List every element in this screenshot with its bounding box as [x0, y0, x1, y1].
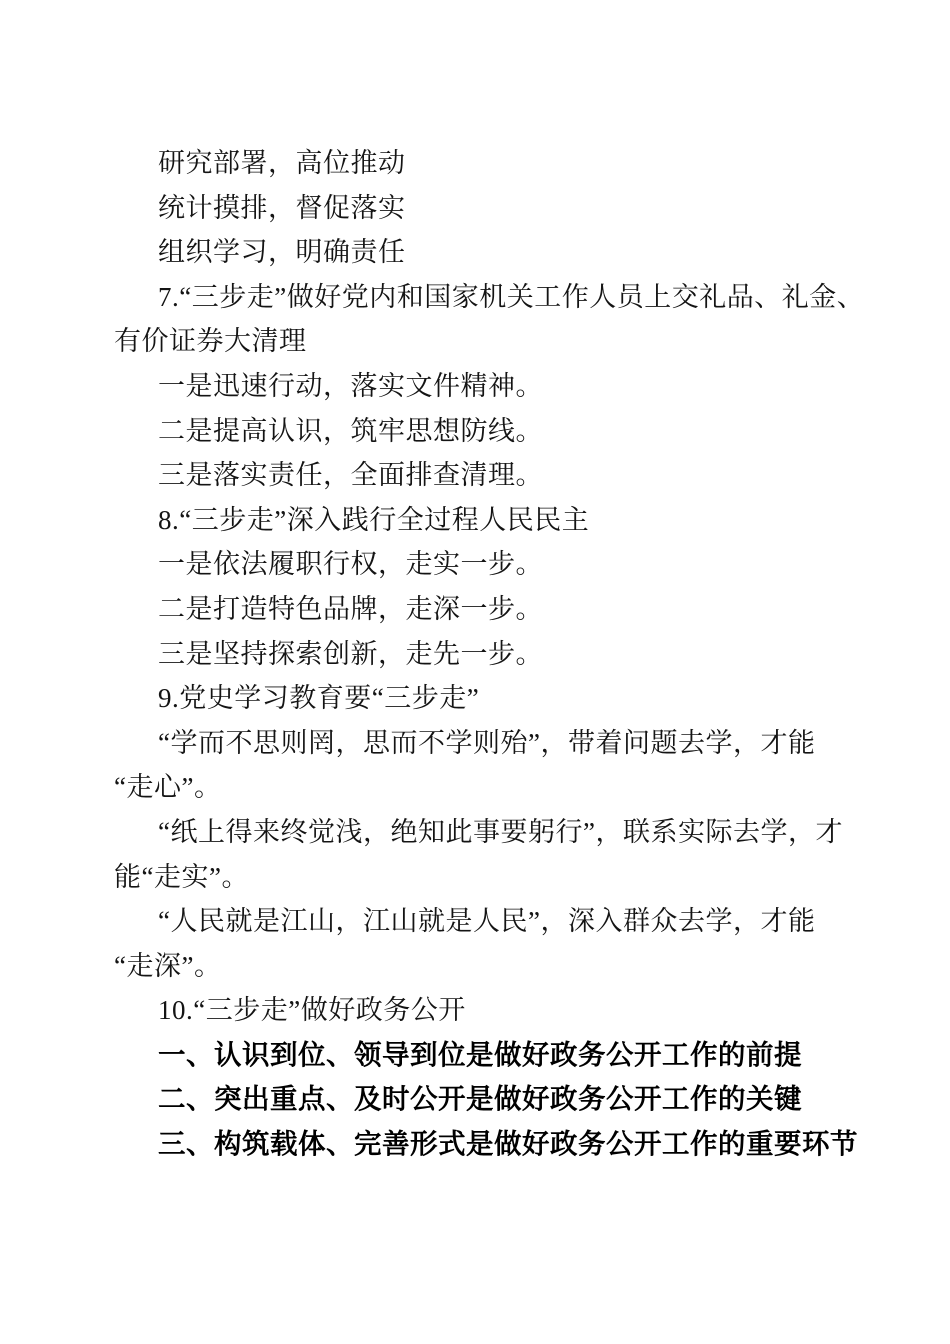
- paragraph-line: 组织学习，明确责任: [114, 230, 904, 275]
- paragraph-line: 能“走实”。: [114, 855, 904, 900]
- paragraph-line: 二是提高认识，筑牢思想防线。: [114, 409, 904, 454]
- paragraph-line: “人民就是江山，江山就是人民”，深入群众去学，才能: [114, 899, 904, 944]
- paragraph-line: 三是坚持探索创新，走先一步。: [114, 632, 904, 677]
- paragraph-line: 二是打造特色品牌，走深一步。: [114, 587, 904, 632]
- paragraph-line: 7.“三步走”做好党内和国家机关工作人员上交礼品、礼金、: [114, 275, 904, 320]
- paragraph-line: 10.“三步走”做好政务公开: [114, 988, 904, 1033]
- paragraph-line: 三是落实责任，全面排查清理。: [114, 453, 904, 498]
- paragraph-line: “学而不思则罔，思而不学则殆”，带着问题去学，才能: [114, 721, 904, 766]
- paragraph-line: “纸上得来终觉浅，绝知此事要躬行”，联系实际去学，才: [114, 810, 904, 855]
- document-page: 研究部署，高位推动统计摸排，督促落实组织学习，明确责任7.“三步走”做好党内和国…: [0, 0, 950, 1344]
- paragraph-line: 有价证券大清理: [114, 319, 904, 364]
- paragraph-line: 一是依法履职行权，走实一步。: [114, 542, 904, 587]
- heading-line: 一、认识到位、领导到位是做好政务公开工作的前提: [114, 1033, 904, 1078]
- paragraph-line: “走深”。: [114, 944, 904, 989]
- paragraph-line: 9.党史学习教育要“三步走”: [114, 676, 904, 721]
- paragraph-line: 研究部署，高位推动: [114, 141, 904, 186]
- paragraph-line: 8.“三步走”深入践行全过程人民民主: [114, 498, 904, 543]
- heading-line: 三、构筑载体、完善形式是做好政务公开工作的重要环节: [114, 1122, 904, 1167]
- paragraph-line: “走心”。: [114, 765, 904, 810]
- paragraph-line: 统计摸排，督促落实: [114, 186, 904, 231]
- document-content: 研究部署，高位推动统计摸排，督促落实组织学习，明确责任7.“三步走”做好党内和国…: [114, 141, 904, 1167]
- paragraph-line: 一是迅速行动，落实文件精神。: [114, 364, 904, 409]
- heading-line: 二、突出重点、及时公开是做好政务公开工作的关键: [114, 1077, 904, 1122]
